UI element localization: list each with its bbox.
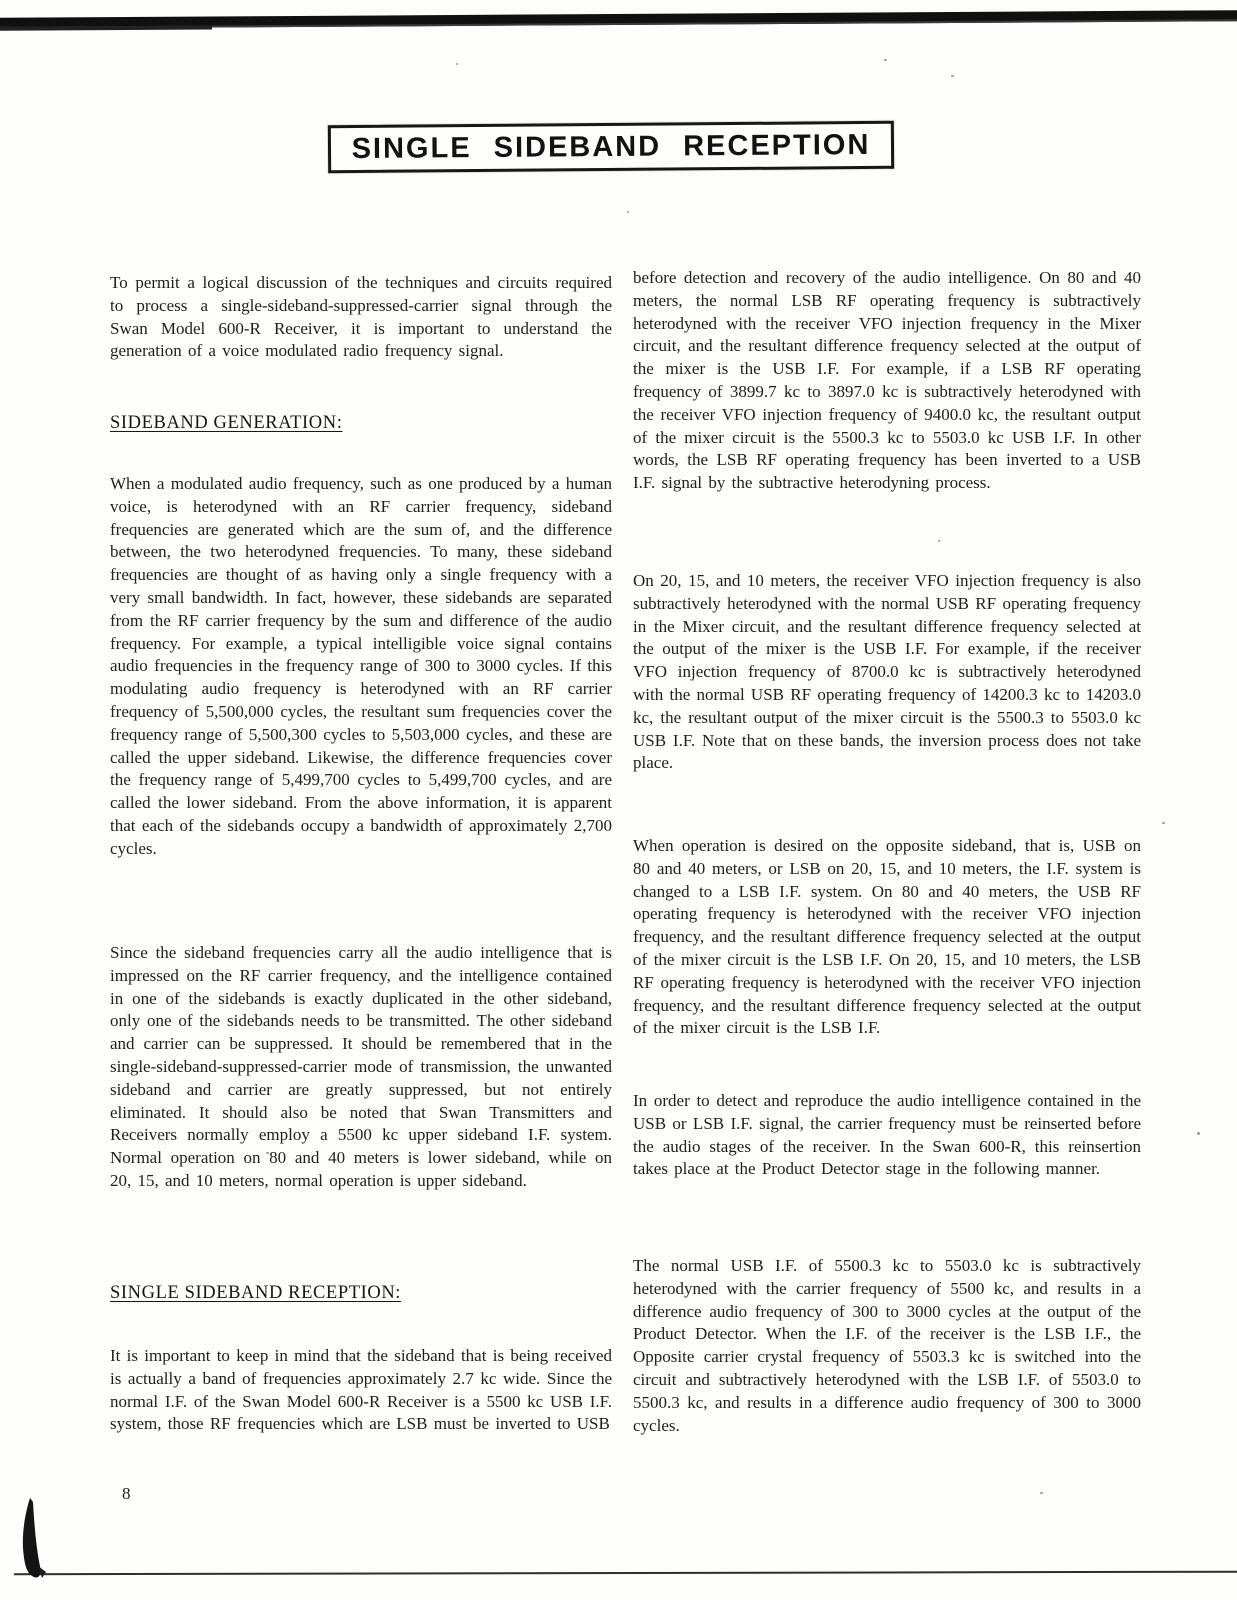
scan-artifact-ink-blob bbox=[16, 1496, 50, 1580]
section-heading-sideband-generation: SIDEBAND GENERATION: bbox=[110, 413, 612, 434]
paragraph-reception-1: It is important to keep in mind that the… bbox=[110, 1345, 612, 1436]
paragraph-sideband-generation-1: When a modulated audio frequency, such a… bbox=[110, 473, 612, 861]
paragraph-right-3: When operation is desired on the opposit… bbox=[633, 835, 1141, 1040]
paragraph-intro: To permit a logical discussion of the te… bbox=[110, 272, 612, 363]
paragraph-right-2: On 20, 15, and 10 meters, the receiver V… bbox=[633, 570, 1141, 775]
paragraph-right-4: In order to detect and reproduce the aud… bbox=[633, 1090, 1141, 1181]
scan-speck bbox=[627, 211, 629, 213]
scan-speck bbox=[1162, 822, 1165, 824]
section-heading-single-sideband-reception: SINGLE SIDEBAND RECEPTION: bbox=[110, 1283, 612, 1304]
scan-speck bbox=[1197, 1132, 1200, 1135]
paragraph-right-1: before detection and recovery of the aud… bbox=[633, 267, 1141, 495]
right-column: before detection and recovery of the aud… bbox=[633, 0, 1141, 1600]
left-column: To permit a logical discussion of the te… bbox=[110, 0, 612, 1600]
page-number: 8 bbox=[122, 1484, 131, 1504]
paragraph-sideband-generation-2: Since the sideband frequencies carry all… bbox=[110, 942, 612, 1193]
paragraph-right-5: The normal USB I.F. of 5500.3 kc to 5503… bbox=[633, 1255, 1141, 1437]
